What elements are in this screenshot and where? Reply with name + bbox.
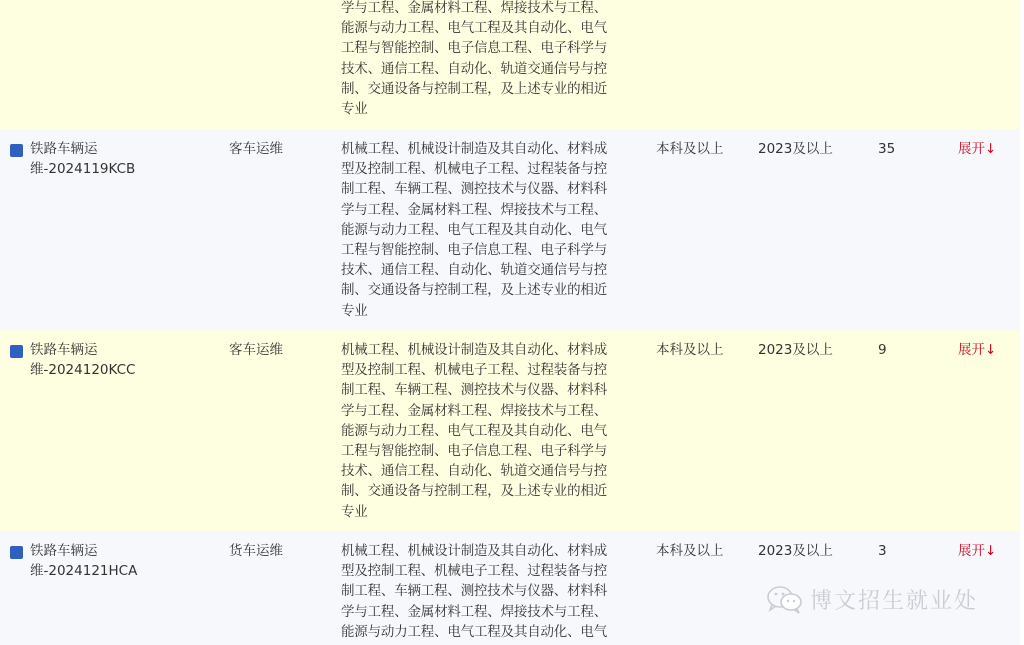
watermark-text: 博文招生就业处: [810, 584, 978, 615]
education-requirement: 本科及以上: [656, 139, 746, 159]
watermark: 博文招生就业处: [766, 584, 978, 615]
graduation-year: 2023及以上: [758, 340, 848, 360]
headcount: 35: [878, 139, 918, 159]
major-requirements: 学与工程、金属材料工程、焊接技术与工程、 能源与动力工程、电气工程及其自动化、电…: [341, 0, 617, 119]
position-marker-icon: [10, 144, 23, 157]
graduation-year: 2023及以上: [758, 541, 848, 561]
graduation-year: 2023及以上: [758, 139, 848, 159]
table-row: 铁路车辆运 维-2024119KCB 客车运维 机械工程、机械设计制造及其自动化…: [0, 129, 1020, 330]
wechat-icon: [766, 585, 806, 615]
expand-button[interactable]: 展开↓: [958, 541, 1008, 561]
position-type: 货车运维: [229, 541, 329, 561]
position-name: 铁路车辆运 维-2024121HCA: [30, 541, 150, 581]
major-requirements: 机械工程、机械设计制造及其自动化、材料成 型及控制工程、机械电子工程、过程装备与…: [341, 340, 617, 522]
table-row: 学与工程、金属材料工程、焊接技术与工程、 能源与动力工程、电气工程及其自动化、电…: [0, 0, 1020, 129]
headcount: 3: [878, 541, 918, 561]
headcount: 9: [878, 340, 918, 360]
position-type: 客车运维: [229, 340, 329, 360]
position-name: 铁路车辆运 维-2024120KCC: [30, 340, 150, 380]
major-requirements: 机械工程、机械设计制造及其自动化、材料成 型及控制工程、机械电子工程、过程装备与…: [341, 541, 617, 642]
expand-button[interactable]: 展开↓: [958, 340, 1008, 360]
expand-button[interactable]: 展开↓: [958, 139, 1008, 159]
position-marker-icon: [10, 546, 23, 559]
education-requirement: 本科及以上: [656, 541, 746, 561]
table-row: 铁路车辆运 维-2024120KCC 客车运维 机械工程、机械设计制造及其自动化…: [0, 330, 1020, 531]
education-requirement: 本科及以上: [656, 340, 746, 360]
position-marker-icon: [10, 345, 23, 358]
position-type: 客车运维: [229, 139, 329, 159]
position-name: 铁路车辆运 维-2024119KCB: [30, 139, 150, 179]
major-requirements: 机械工程、机械设计制造及其自动化、材料成 型及控制工程、机械电子工程、过程装备与…: [341, 139, 617, 321]
